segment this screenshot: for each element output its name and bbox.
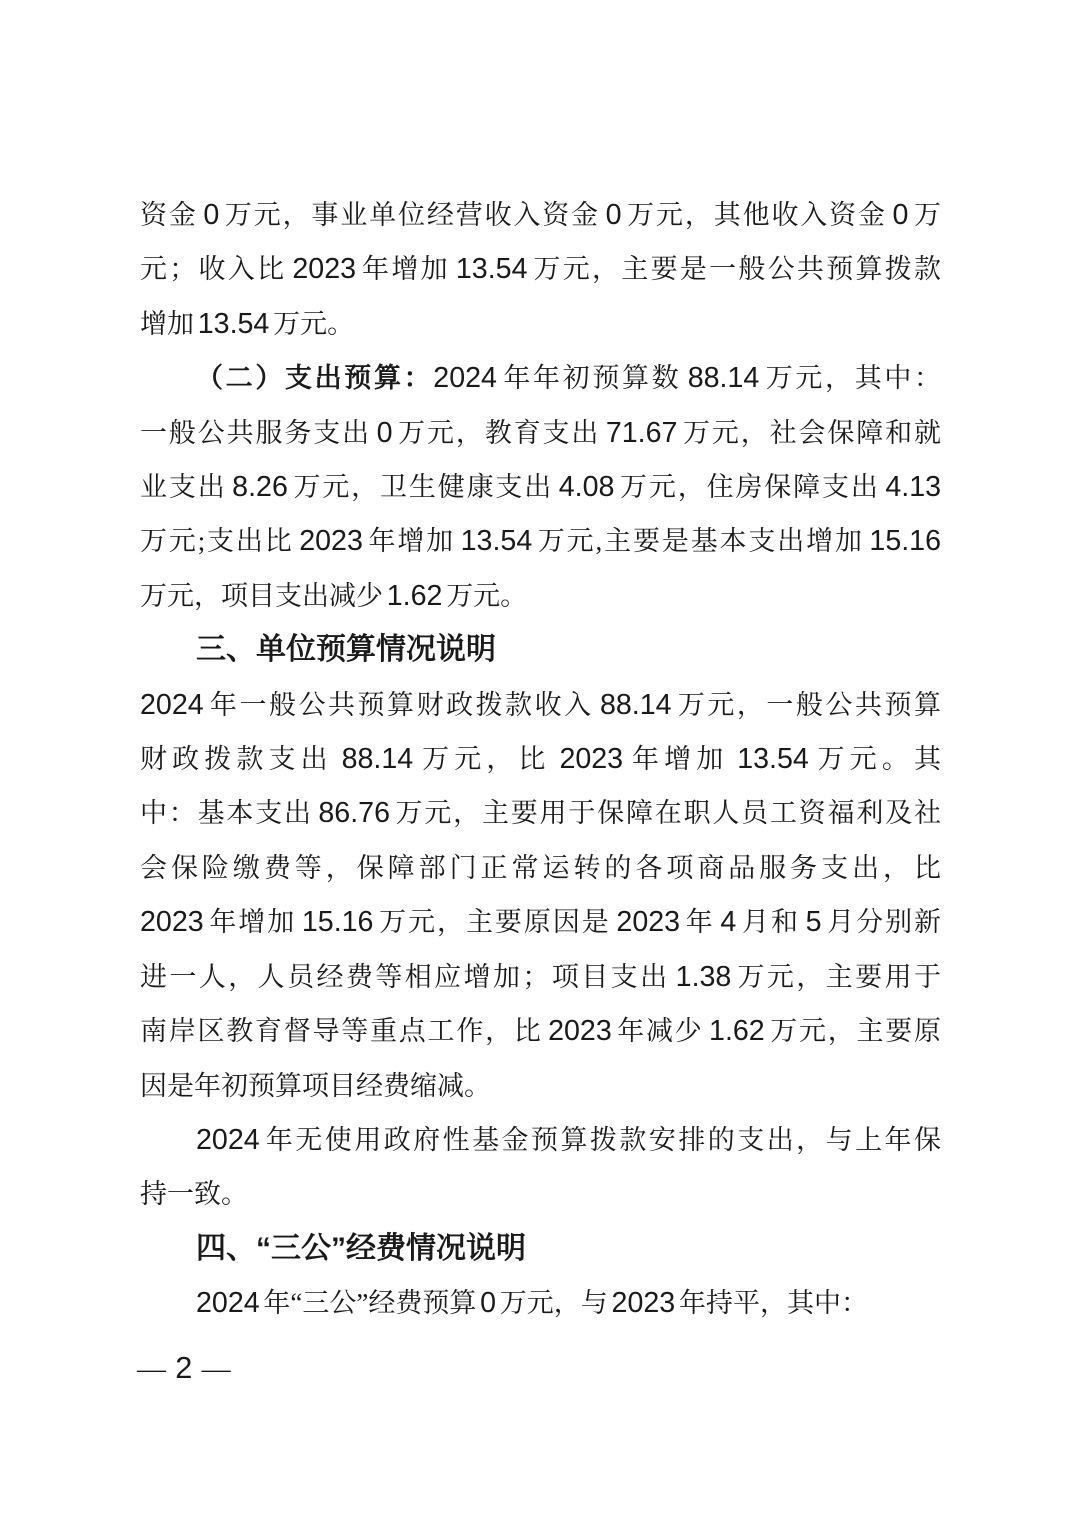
- paragraph-line: 万元;支出比 2023 年增加 13.54 万元,主要是基本支出增加 15.16: [140, 514, 941, 568]
- paragraph-line: 增加 13.54 万元。: [140, 297, 941, 351]
- paragraph-line-subsection-2: （二）支出预算：2024 年年初预算数 88.14 万元，其中：: [140, 351, 941, 405]
- paragraph-line: 进一人，人员经费等相应增加；项目支出 1.38 万元，主要用于: [140, 950, 941, 1004]
- paragraph-line: 中：基本支出 86.76 万元，主要用于保障在职人员工资福利及社: [140, 786, 941, 840]
- paragraph-line: 2024 年无使用政府性基金预算拨款安排的支出，与上年保: [140, 1113, 941, 1167]
- paragraph-line: 业支出 8.26 万元，卫生健康支出 4.08 万元，住房保障支出 4.13: [140, 460, 941, 514]
- section-heading-4: 四、“三公”经费情况说明: [140, 1222, 941, 1276]
- page-number: — 2 —: [137, 1350, 232, 1386]
- document-body: 资金 0 万元，事业单位经营收入资金 0 万元，其他收入资金 0 万 元；收入比…: [140, 188, 941, 1331]
- paragraph-line: 财政拨款支出 88.14 万元，比 2023 年增加 13.54 万元。其: [140, 732, 941, 786]
- paragraph-line: 元；收入比 2023 年增加 13.54 万元，主要是一般公共预算拨款: [140, 242, 941, 296]
- paragraph-line: 万元，项目支出减少 1.62 万元。: [140, 569, 941, 623]
- paragraph-line: 2024 年“三公”经费预算 0 万元，与 2023 年持平，其中：: [140, 1276, 941, 1330]
- paragraph-line: 因是年初预算项目经费缩减。: [140, 1059, 941, 1113]
- paragraph-line: 会保险缴费等，保障部门正常运转的各项商品服务支出，比: [140, 841, 941, 895]
- paragraph-line: 一般公共服务支出 0 万元，教育支出 71.67 万元，社会保障和就: [140, 406, 941, 460]
- paragraph-line: 2024 年一般公共预算财政拨款收入 88.14 万元，一般公共预算: [140, 678, 941, 732]
- paragraph-line: 资金 0 万元，事业单位经营收入资金 0 万元，其他收入资金 0 万: [140, 188, 941, 242]
- paragraph-text: 2024 年年初预算数 88.14 万元，其中：: [433, 363, 941, 393]
- subsection-label: （二）支出预算：: [196, 363, 433, 393]
- section-heading-3: 三、单位预算情况说明: [140, 623, 941, 677]
- paragraph-line: 持一致。: [140, 1167, 941, 1221]
- document-page: 资金 0 万元，事业单位经营收入资金 0 万元，其他收入资金 0 万 元；收入比…: [0, 0, 1074, 1520]
- paragraph-line: 2023 年增加 15.16 万元，主要原因是 2023 年 4 月和 5 月分…: [140, 895, 941, 949]
- paragraph-line: 南岸区教育督导等重点工作，比 2023 年减少 1.62 万元，主要原: [140, 1004, 941, 1058]
